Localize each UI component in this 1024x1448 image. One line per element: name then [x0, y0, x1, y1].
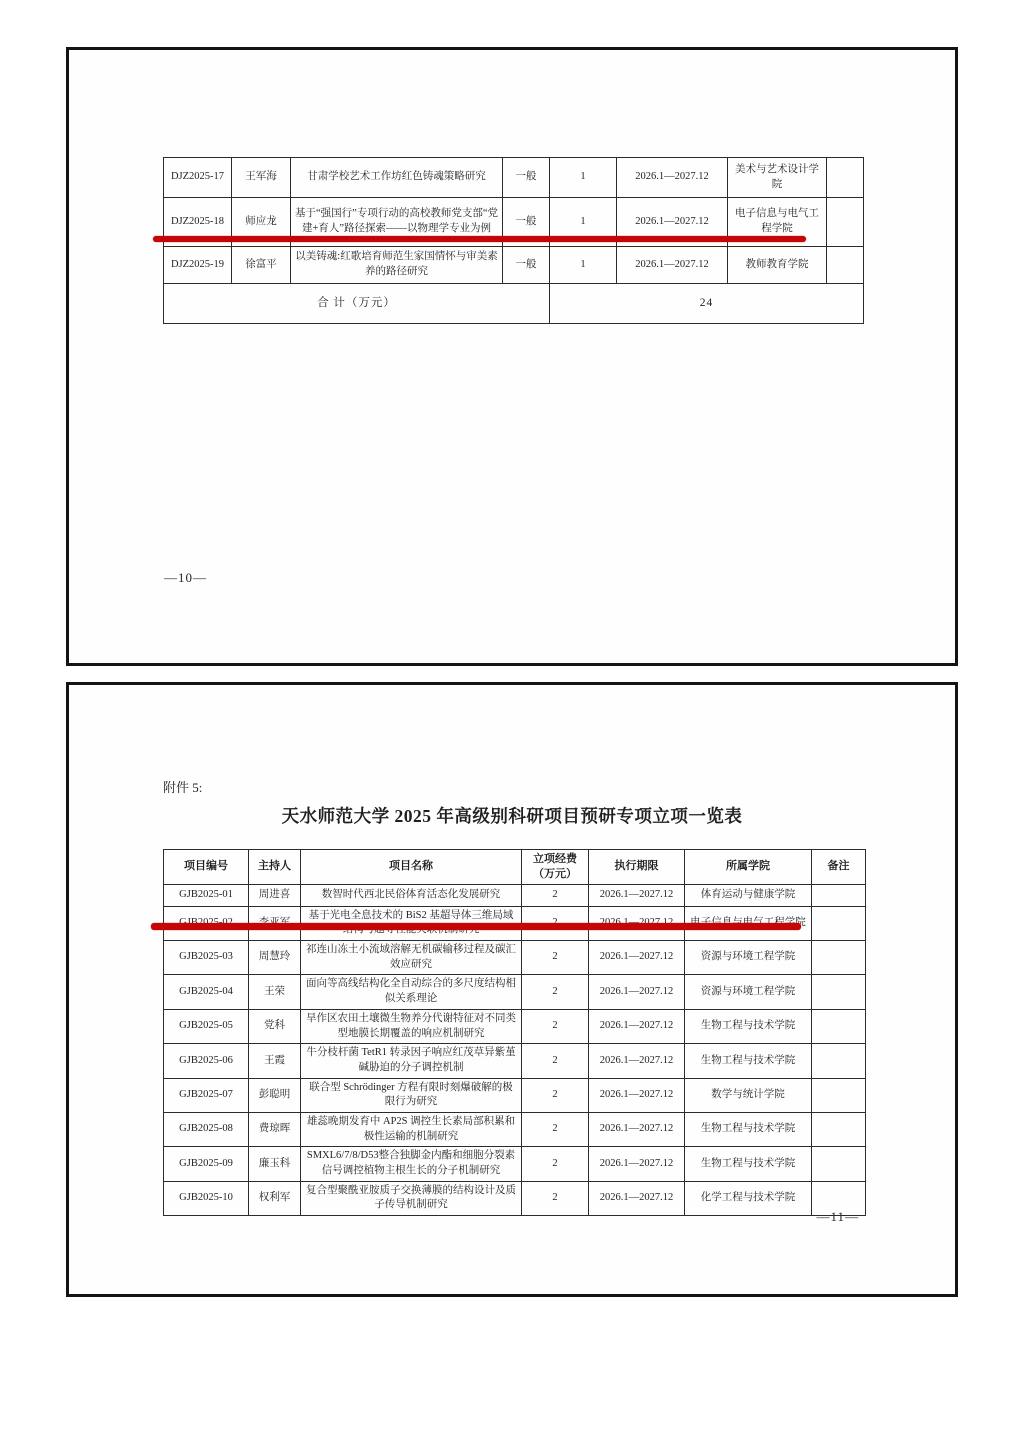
- header-cell: 备注: [812, 850, 866, 885]
- table-row: DJZ2025-17王军海甘肃学校艺术工作坊红色铸魂策略研究一般12026.1—…: [164, 158, 864, 198]
- cell-college: 数学与统计学院: [685, 1078, 812, 1112]
- cell-note: [827, 198, 864, 247]
- table-row: DJZ2025-19徐富平以美铸魂:红歌培育师范生家国情怀与审美素养的路径研究一…: [164, 247, 864, 284]
- cell-title: 以美铸魂:红歌培育师范生家国情怀与审美素养的路径研究: [291, 247, 503, 284]
- cell-id: GJB2025-10: [164, 1181, 249, 1215]
- page-number-11: —11—: [816, 1209, 859, 1225]
- cell-category: 一般: [503, 247, 550, 284]
- cell-id: GJB2025-03: [164, 941, 249, 975]
- cell-funding: 1: [550, 247, 617, 284]
- cell-period: 2026.1—2027.12: [589, 1009, 685, 1043]
- page-number-10: —10—: [164, 570, 207, 586]
- cell-college: 生物工程与技术学院: [685, 1147, 812, 1181]
- header-cell: 所属学院: [685, 850, 812, 885]
- cell-leader: 廉玉科: [249, 1147, 301, 1181]
- cell-title: 祁连山冻土小流域溶解无机碳输移过程及碳汇效应研究: [301, 941, 522, 975]
- cell-funding: 2: [522, 1009, 589, 1043]
- cell-period: 2026.1—2027.12: [589, 1181, 685, 1215]
- header-cell: 立项经费 （万元）: [522, 850, 589, 885]
- header-cell: 执行期限: [589, 850, 685, 885]
- table-row: GJB2025-09廉玉科SMXL6/7/8/D53整合独脚金内酯和细胞分裂素信…: [164, 1147, 866, 1181]
- table-row: GJB2025-03周慧玲祁连山冻土小流域溶解无机碳输移过程及碳汇效应研究220…: [164, 941, 866, 975]
- red-marker-underline-djz2025-18: [153, 236, 806, 242]
- cell-college: 美术与艺术设计学院: [728, 158, 827, 198]
- cell-period: 2026.1—2027.12: [589, 1147, 685, 1181]
- cell-leader: 王军海: [232, 158, 291, 198]
- cell-period: 2026.1—2027.12: [589, 1044, 685, 1078]
- cell-id: GJB2025-08: [164, 1112, 249, 1146]
- total-row: 合 计（万元） 24: [164, 284, 864, 324]
- cell-college: 生物工程与技术学院: [685, 1112, 812, 1146]
- cell-title: 联合型 Schrödinger 方程有限时刻爆破解的极限行为研究: [301, 1078, 522, 1112]
- cell-college: 体育运动与健康学院: [685, 884, 812, 906]
- cell-college: 化学工程与技术学院: [685, 1181, 812, 1215]
- cell-id: DJZ2025-17: [164, 158, 232, 198]
- cell-leader: 彭聪明: [249, 1078, 301, 1112]
- cell-leader: 王霞: [249, 1044, 301, 1078]
- cell-note: [812, 1009, 866, 1043]
- cell-note: [812, 941, 866, 975]
- table-row: GJB2025-01周进喜数智时代西北民俗体育活态化发展研究22026.1—20…: [164, 884, 866, 906]
- cell-funding: 2: [522, 1044, 589, 1078]
- gjb-projects-table: 项目编号主持人项目名称立项经费 （万元）执行期限所属学院备注 GJB2025-0…: [163, 849, 866, 1216]
- cell-note: [812, 884, 866, 906]
- cell-note: [827, 158, 864, 198]
- cell-leader: 徐富平: [232, 247, 291, 284]
- cell-funding: 1: [550, 158, 617, 198]
- header-cell: 主持人: [249, 850, 301, 885]
- attachment-label: 附件 5:: [163, 777, 202, 796]
- cell-id: GJB2025-01: [164, 884, 249, 906]
- cell-note: [827, 247, 864, 284]
- total-value: 24: [550, 284, 864, 324]
- cell-period: 2026.1—2027.12: [589, 1078, 685, 1112]
- cell-id: DJZ2025-19: [164, 247, 232, 284]
- cell-college: 资源与环境工程学院: [685, 941, 812, 975]
- document-page-11: 附件 5: 天水师范大学 2025 年高级别科研项目预研专项立项一览表 项目编号…: [66, 682, 958, 1297]
- cell-funding: 2: [522, 1112, 589, 1146]
- cell-title: 复合型聚酰亚胺质子交换薄膜的结构设计及质子传导机制研究: [301, 1181, 522, 1215]
- table-row: GJB2025-07彭聪明联合型 Schrödinger 方程有限时刻爆破解的极…: [164, 1078, 866, 1112]
- cell-college: 生物工程与技术学院: [685, 1009, 812, 1043]
- total-label: 合 计（万元）: [164, 284, 550, 324]
- cell-leader: 王荣: [249, 975, 301, 1009]
- cell-note: [812, 1112, 866, 1146]
- cell-leader: 党科: [249, 1009, 301, 1043]
- cell-id: GJB2025-05: [164, 1009, 249, 1043]
- table-row: GJB2025-05党科旱作区农田土壤微生物养分代谢特征对不同类型地膜长期覆盖的…: [164, 1009, 866, 1043]
- table-header-row: 项目编号主持人项目名称立项经费 （万元）执行期限所属学院备注: [164, 850, 866, 885]
- cell-funding: 2: [522, 941, 589, 975]
- cell-title: 数智时代西北民俗体育活态化发展研究: [301, 884, 522, 906]
- cell-college: 资源与环境工程学院: [685, 975, 812, 1009]
- cell-title: 面向等高线结构化全自动综合的多尺度结构相似关系理论: [301, 975, 522, 1009]
- cell-period: 2026.1—2027.12: [589, 941, 685, 975]
- cell-id: GJB2025-09: [164, 1147, 249, 1181]
- cell-note: [812, 906, 866, 940]
- cell-note: [812, 975, 866, 1009]
- cell-funding: 2: [522, 884, 589, 906]
- header-cell: 项目名称: [301, 850, 522, 885]
- header-cell: 项目编号: [164, 850, 249, 885]
- cell-leader: 费琼晖: [249, 1112, 301, 1146]
- cell-id: GJB2025-04: [164, 975, 249, 1009]
- cell-period: 2026.1—2027.12: [589, 975, 685, 1009]
- cell-category: 一般: [503, 158, 550, 198]
- cell-period: 2026.1—2027.12: [589, 1112, 685, 1146]
- cell-period: 2026.1—2027.12: [617, 158, 728, 198]
- table-row: GJB2025-04王荣面向等高线结构化全自动综合的多尺度结构相似关系理论220…: [164, 975, 866, 1009]
- cell-note: [812, 1078, 866, 1112]
- cell-period: 2026.1—2027.12: [589, 884, 685, 906]
- cell-title: SMXL6/7/8/D53整合独脚金内酯和细胞分裂素信号调控植物主根生长的分子机…: [301, 1147, 522, 1181]
- cell-period: 2026.1—2027.12: [617, 247, 728, 284]
- cell-id: GJB2025-06: [164, 1044, 249, 1078]
- cell-note: [812, 1044, 866, 1078]
- red-marker-underline-gjb2025-02: [151, 923, 801, 930]
- document-title: 天水师范大学 2025 年高级别科研项目预研专项立项一览表: [69, 803, 955, 828]
- cell-funding: 2: [522, 1181, 589, 1215]
- cell-leader: 权利军: [249, 1181, 301, 1215]
- document-page-10: DJZ2025-17王军海甘肃学校艺术工作坊红色铸魂策略研究一般12026.1—…: [66, 47, 958, 666]
- cell-leader: 周进喜: [249, 884, 301, 906]
- table-row: GJB2025-08费琼晖雄蕊晚期发育中 AP2S 调控生长素局部积累和极性运输…: [164, 1112, 866, 1146]
- cell-title: 雄蕊晚期发育中 AP2S 调控生长素局部积累和极性运输的机制研究: [301, 1112, 522, 1146]
- cell-college: 教师教育学院: [728, 247, 827, 284]
- table-row: GJB2025-06王霞牛分枝杆菌 TetR1 转录因子响应红茂草异紫堇碱胁迫的…: [164, 1044, 866, 1078]
- cell-title: 甘肃学校艺术工作坊红色铸魂策略研究: [291, 158, 503, 198]
- cell-title: 牛分枝杆菌 TetR1 转录因子响应红茂草异紫堇碱胁迫的分子调控机制: [301, 1044, 522, 1078]
- cell-college: 生物工程与技术学院: [685, 1044, 812, 1078]
- cell-title: 旱作区农田土壤微生物养分代谢特征对不同类型地膜长期覆盖的响应机制研究: [301, 1009, 522, 1043]
- cell-note: [812, 1147, 866, 1181]
- cell-id: GJB2025-07: [164, 1078, 249, 1112]
- cell-funding: 2: [522, 975, 589, 1009]
- table-row: GJB2025-10权利军复合型聚酰亚胺质子交换薄膜的结构设计及质子传导机制研究…: [164, 1181, 866, 1215]
- cell-leader: 周慧玲: [249, 941, 301, 975]
- cell-funding: 2: [522, 1147, 589, 1181]
- cell-funding: 2: [522, 1078, 589, 1112]
